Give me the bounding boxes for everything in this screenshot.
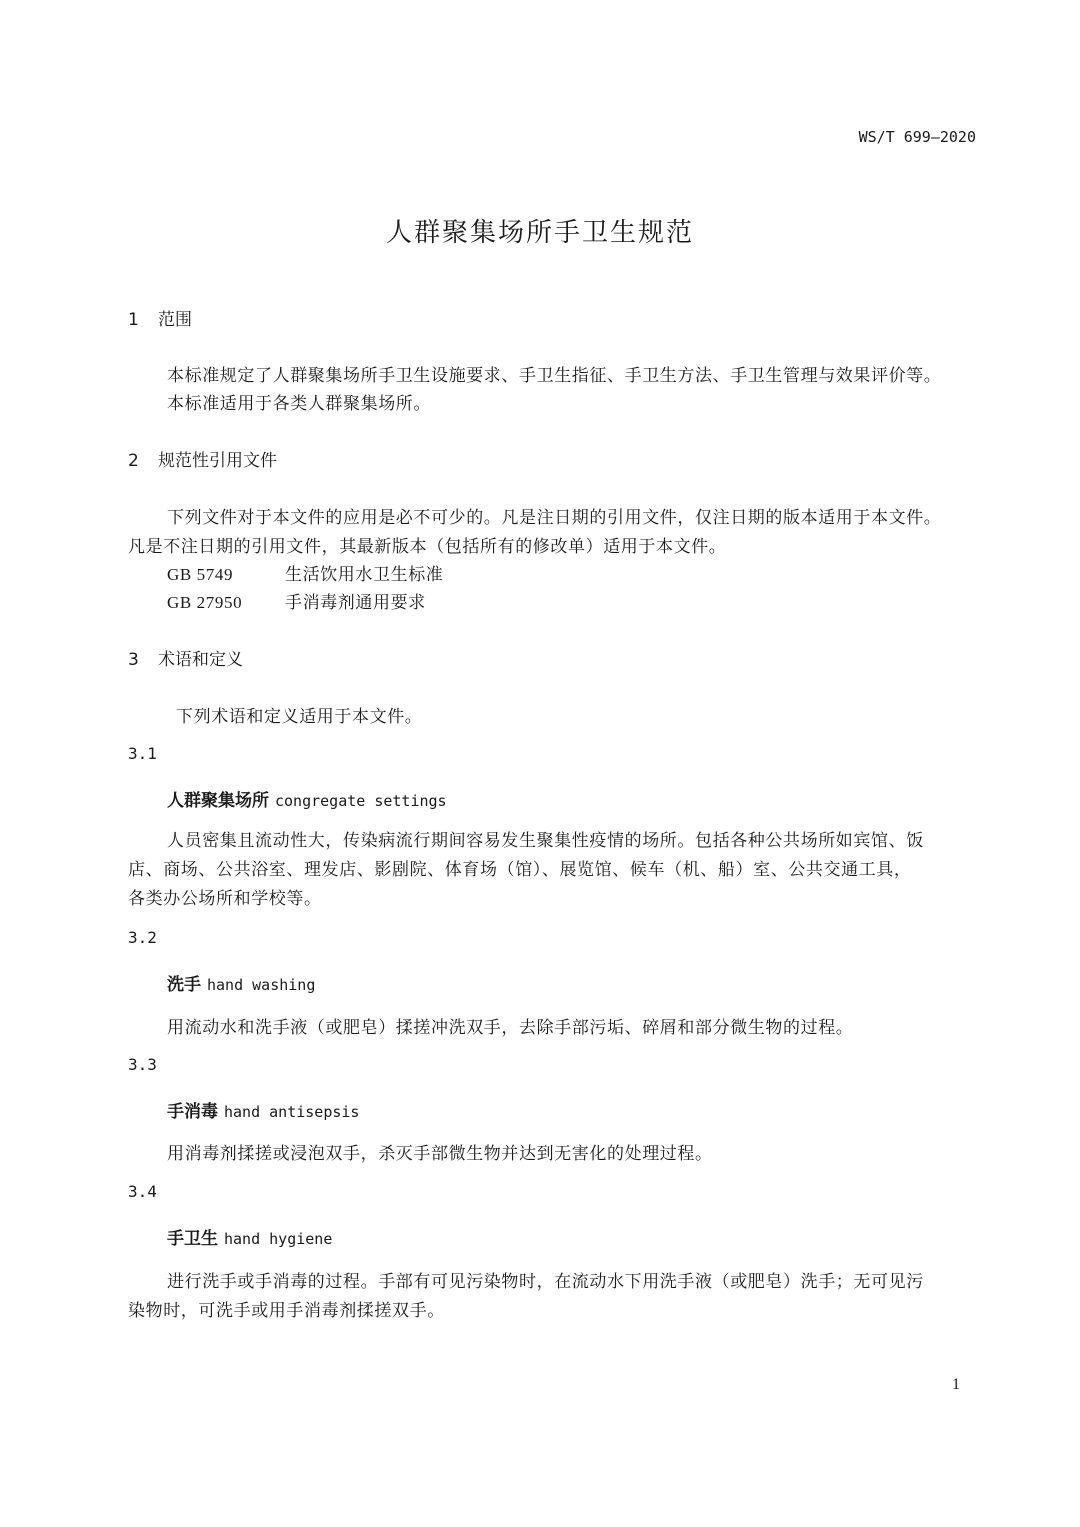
term-number: 3.3 [128,1055,157,1074]
section-heading-scope: 1范围 [128,305,192,330]
reference-item: GB 5749生活饮用水卫生标准 [167,560,443,585]
reference-code: GB 27950 [167,593,285,613]
section-number: 3 [128,650,158,670]
term-number: 3.1 [128,744,157,763]
term-zh: 洗手 [167,975,201,995]
section-number: 1 [128,310,158,330]
term-number: 3.2 [128,928,157,947]
section-title: 范围 [158,310,192,330]
page-number: 1 [952,1376,960,1394]
references-paragraph-line-1: 下列文件对于本文件的应用是必不可少的。凡是注日期的引用文件，仅注日期的版本适用于… [167,503,941,528]
reference-title: 手消毒剂通用要求 [285,593,426,613]
section-title: 术语和定义 [158,650,243,670]
term-heading: 手卫生hand hygiene [167,1224,332,1249]
term-en: hand washing [207,976,315,994]
scope-paragraph-2: 本标准适用于各类人群聚集场所。 [167,389,431,414]
term-heading: 人群聚集场所congregate settings [167,786,447,811]
term-definition-line: 染物时，可洗手或用手消毒剂揉搓双手。 [128,1296,445,1321]
term-definition-line: 店、商场、公共浴室、理发店、影剧院、体育场（馆）、展览馆、候车（机、船）室、公共… [128,855,912,880]
terms-intro: 下列术语和定义适用于本文件。 [176,702,422,727]
reference-code: GB 5749 [167,565,285,585]
term-definition-line: 用消毒剂揉搓或浸泡双手，杀灭手部微生物并达到无害化的处理过程。 [167,1139,713,1164]
term-en: hand antisepsis [224,1103,359,1121]
term-zh: 手卫生 [167,1229,218,1249]
term-definition-line: 进行洗手或手消毒的过程。手部有可见污染物时，在流动水下用洗手液（或肥皂）洗手；无… [167,1267,924,1292]
scope-paragraph-1: 本标准规定了人群聚集场所手卫生设施要求、手卫生指征、手卫生方法、手卫生管理与效果… [167,361,941,386]
references-paragraph-line-2: 凡是不注日期的引用文件，其最新版本（包括所有的修改单）适用于本文件。 [128,532,726,557]
reference-item: GB 27950手消毒剂通用要求 [167,588,426,613]
term-en: congregate settings [275,792,447,810]
term-en: hand hygiene [224,1230,332,1248]
section-title: 规范性引用文件 [158,451,277,471]
section-number: 2 [128,451,158,471]
section-heading-terms-definitions: 3术语和定义 [128,645,243,670]
term-heading: 洗手hand washing [167,970,315,995]
term-number: 3.4 [128,1182,157,1201]
page-title: 人群聚集场所手卫生规范 [0,212,1080,249]
reference-title: 生活饮用水卫生标准 [285,565,443,585]
term-definition-line: 人员密集且流动性大，传染病流行期间容易发生聚集性疫情的场所。包括各种公共场所如宾… [167,826,924,851]
standard-number: WS/T 699—2020 [859,128,976,146]
term-definition-line: 各类办公场所和学校等。 [128,884,322,909]
term-zh: 人群聚集场所 [167,791,269,811]
term-heading: 手消毒hand antisepsis [167,1097,359,1122]
term-zh: 手消毒 [167,1102,218,1122]
section-heading-normative-references: 2规范性引用文件 [128,446,277,471]
term-definition-line: 用流动水和洗手液（或肥皂）揉搓冲洗双手，去除手部污垢、碎屑和部分微生物的过程。 [167,1013,853,1038]
